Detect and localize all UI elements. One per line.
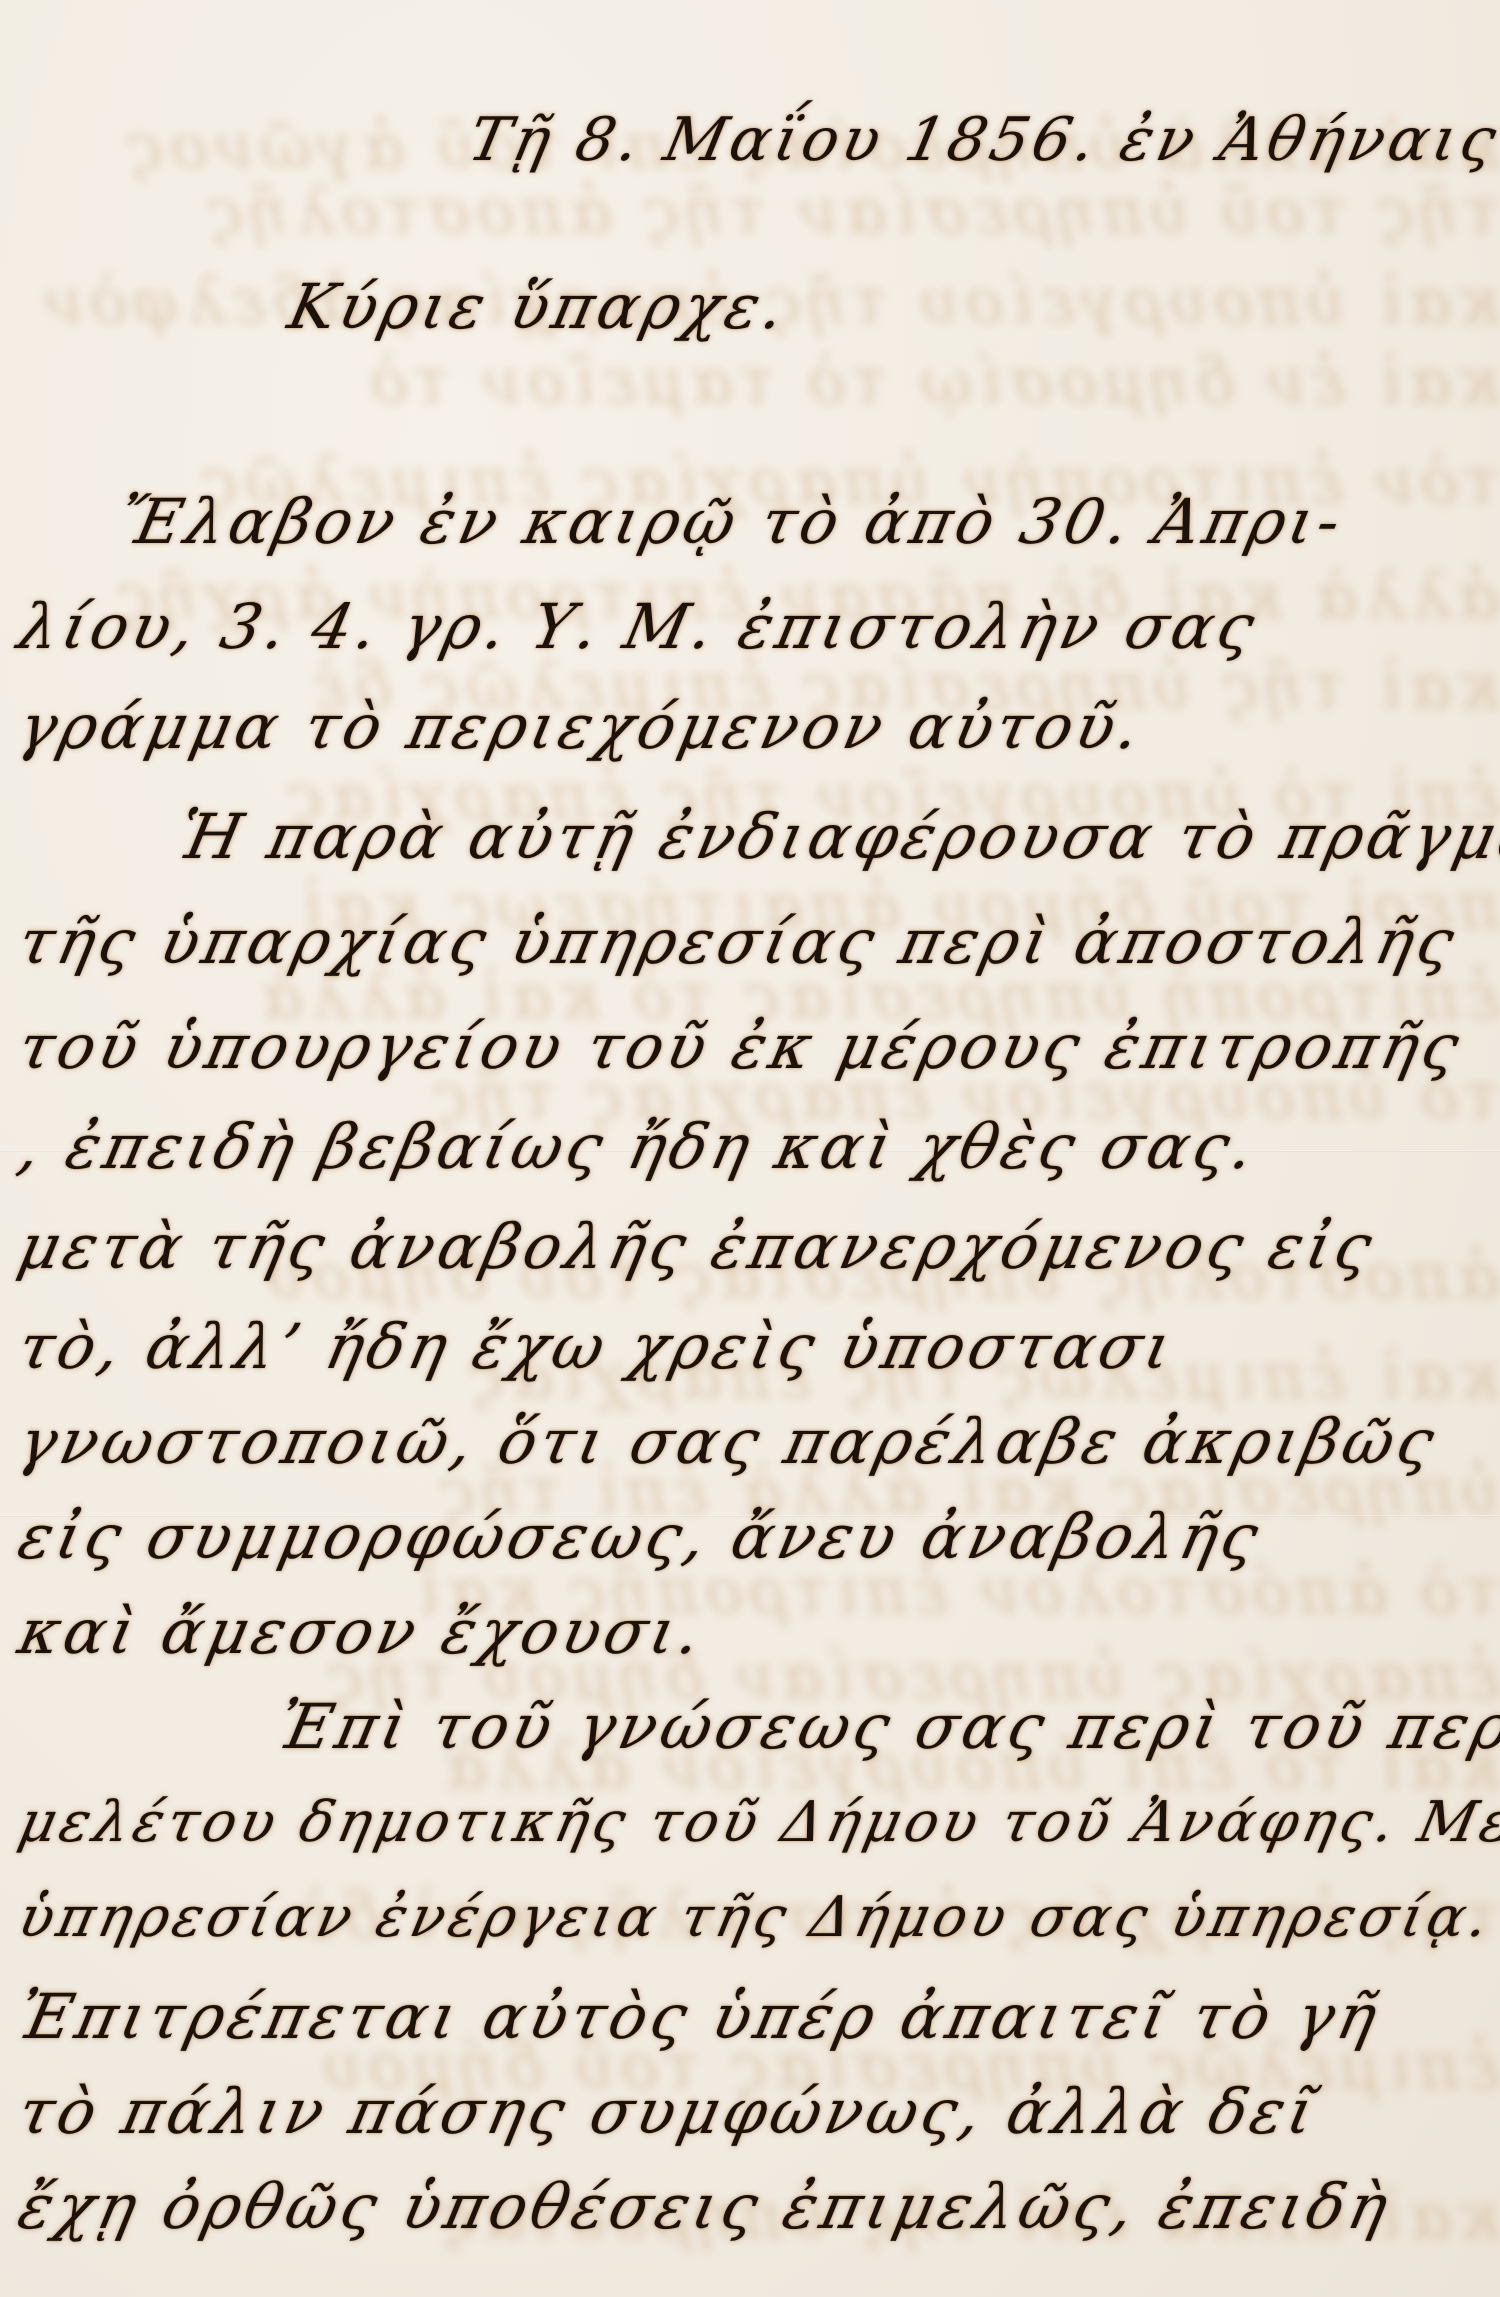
letter-page: καὶ ἀλλὰ ὑπηρεσίας ἐπι τοῦ ἀγῶνος τῆς το… <box>0 0 1500 2297</box>
body-line: καὶ ἄμεσον ἔχουσι. <box>12 1595 711 1668</box>
body-line: Ἐπὶ τοῦ γνώσεως σας περὶ τοῦ περὶ <box>272 1690 1500 1763</box>
salutation: Κύριε ὕπαρχε. <box>282 270 795 343</box>
body-line: ἔχῃ ὀρθῶς ὑποθέσεις ἐπιμελῶς, ἐπειδὴ <box>12 2170 1398 2243</box>
dateline: Τῇ 8. Μαΐου 1856. ἐν Ἀθήναις <box>463 105 1500 175</box>
body-line: γνωστοποιῶ, ὅτι σας παρέλαβε ἀκριβῶς <box>12 1405 1444 1478</box>
body-line: ὑπηρεσίαν ἐνέργεια τῆς Δήμου σας ὑπηρεσί… <box>13 1885 1498 1950</box>
body-line: τῆς ὑπαρχίας ὑπηρεσίας περὶ ἀποστολῆς <box>12 905 1464 978</box>
bleed-through-text: καὶ ἐν δημοσίῳ τὸ ταμεῖον τὸ <box>0 345 1500 419</box>
body-line: Ἐπιτρέπεται αὐτὸς ὑπέρ ἀπαιτεῖ τὸ γῆ <box>12 1980 1387 2053</box>
body-line: Ἡ παρὰ αὐτῇ ἐνδιαφέρουσα τὸ πρᾶγμα <box>172 800 1500 873</box>
body-line: τὸ, ἀλλ’ ἤδη ἔχω χρεὶς ὑποστασι <box>12 1310 1182 1383</box>
body-line: γράμμα τὸ περιεχόμενον αὐτοῦ. <box>12 690 1150 763</box>
body-line: Ἔλαβον ἐν καιρῷ τὸ ἀπὸ 30. Ἀπρι- <box>112 485 1351 558</box>
body-line: λίου, 3. 4. γρ. Υ. Μ. ἐπιστολὴν σας <box>12 590 1264 663</box>
body-line: τὸ πάλιν πάσης συμφώνως, ἀλλὰ δεῖ <box>12 2075 1325 2148</box>
body-line: εἰς συμμορφώσεως, ἄνευ ἀναβολῆς <box>12 1500 1268 1573</box>
body-line: μελέτου δημοτικῆς τοῦ Δήμου τοῦ Ἀνάφης. … <box>13 1790 1500 1855</box>
body-line: μετὰ τῆς ἀναβολῆς ἐπανερχόμενος εἰς <box>12 1210 1382 1283</box>
body-line: , ἐπειδὴ βεβαίως ἤδη καὶ χθὲς σας. <box>12 1110 1264 1183</box>
body-line: τοῦ ὑπουργείου τοῦ ἐκ μέρους ἐπιτροπῆς <box>12 1010 1469 1083</box>
bleed-through-text: τῆς τοῦ ὑπηρεσίαν τῆς ἀποστολῆς <box>0 175 1500 249</box>
